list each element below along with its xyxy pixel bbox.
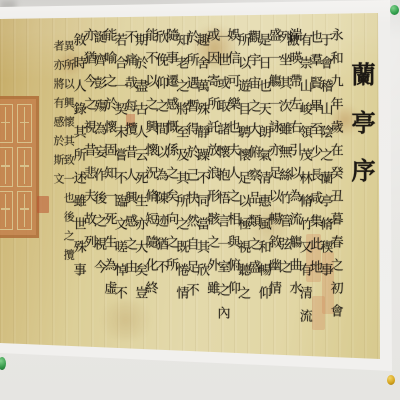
scroll-title: 蘭亭序	[344, 62, 379, 206]
text-columns: 永和九年歲在癸丑暮春之初會于會稽山陰之蘭亭脩稧事也羣賢畢至少長咸集此地有崇山峻領…	[54, 28, 342, 344]
seal-script-glyph	[17, 104, 32, 143]
seal-script-glyph	[17, 147, 32, 186]
seal-script-glyph	[17, 191, 32, 230]
scroll-mounting-sheet: 蘭亭序 永和九年歲在癸丑暮春之初會于會稽山陰之蘭亭脩稧事也羣賢畢至少長咸集此地有…	[0, 0, 400, 400]
pushpin-bottom-right-icon	[387, 375, 395, 385]
seal-script-glyph	[0, 104, 13, 143]
small-red-seal	[37, 196, 49, 213]
text-column: 者亦將有感於斯文	[54, 28, 64, 344]
seal-script-glyph	[0, 147, 13, 186]
scroll-paper: 蘭亭序 永和九年歲在癸丑暮春之初會于會稽山陰之蘭亭脩稧事也羣賢畢至少長咸集此地有…	[0, 0, 400, 400]
pushpin-bottom-left-icon	[0, 357, 6, 370]
seal-script-glyph	[0, 191, 13, 230]
pushpin-top-right-icon	[390, 5, 399, 15]
text-column: 異所以興懷其致一也後之攬	[64, 28, 74, 344]
calligraphy-scroll-photo: 蘭亭序 永和九年歲在癸丑暮春之初會于會稽山陰之蘭亭脩稧事也羣賢畢至少長咸集此地有…	[0, 0, 400, 400]
large-collector-seal	[0, 96, 39, 238]
text-column: 永和九年歲在癸丑暮春之初會	[332, 28, 342, 344]
